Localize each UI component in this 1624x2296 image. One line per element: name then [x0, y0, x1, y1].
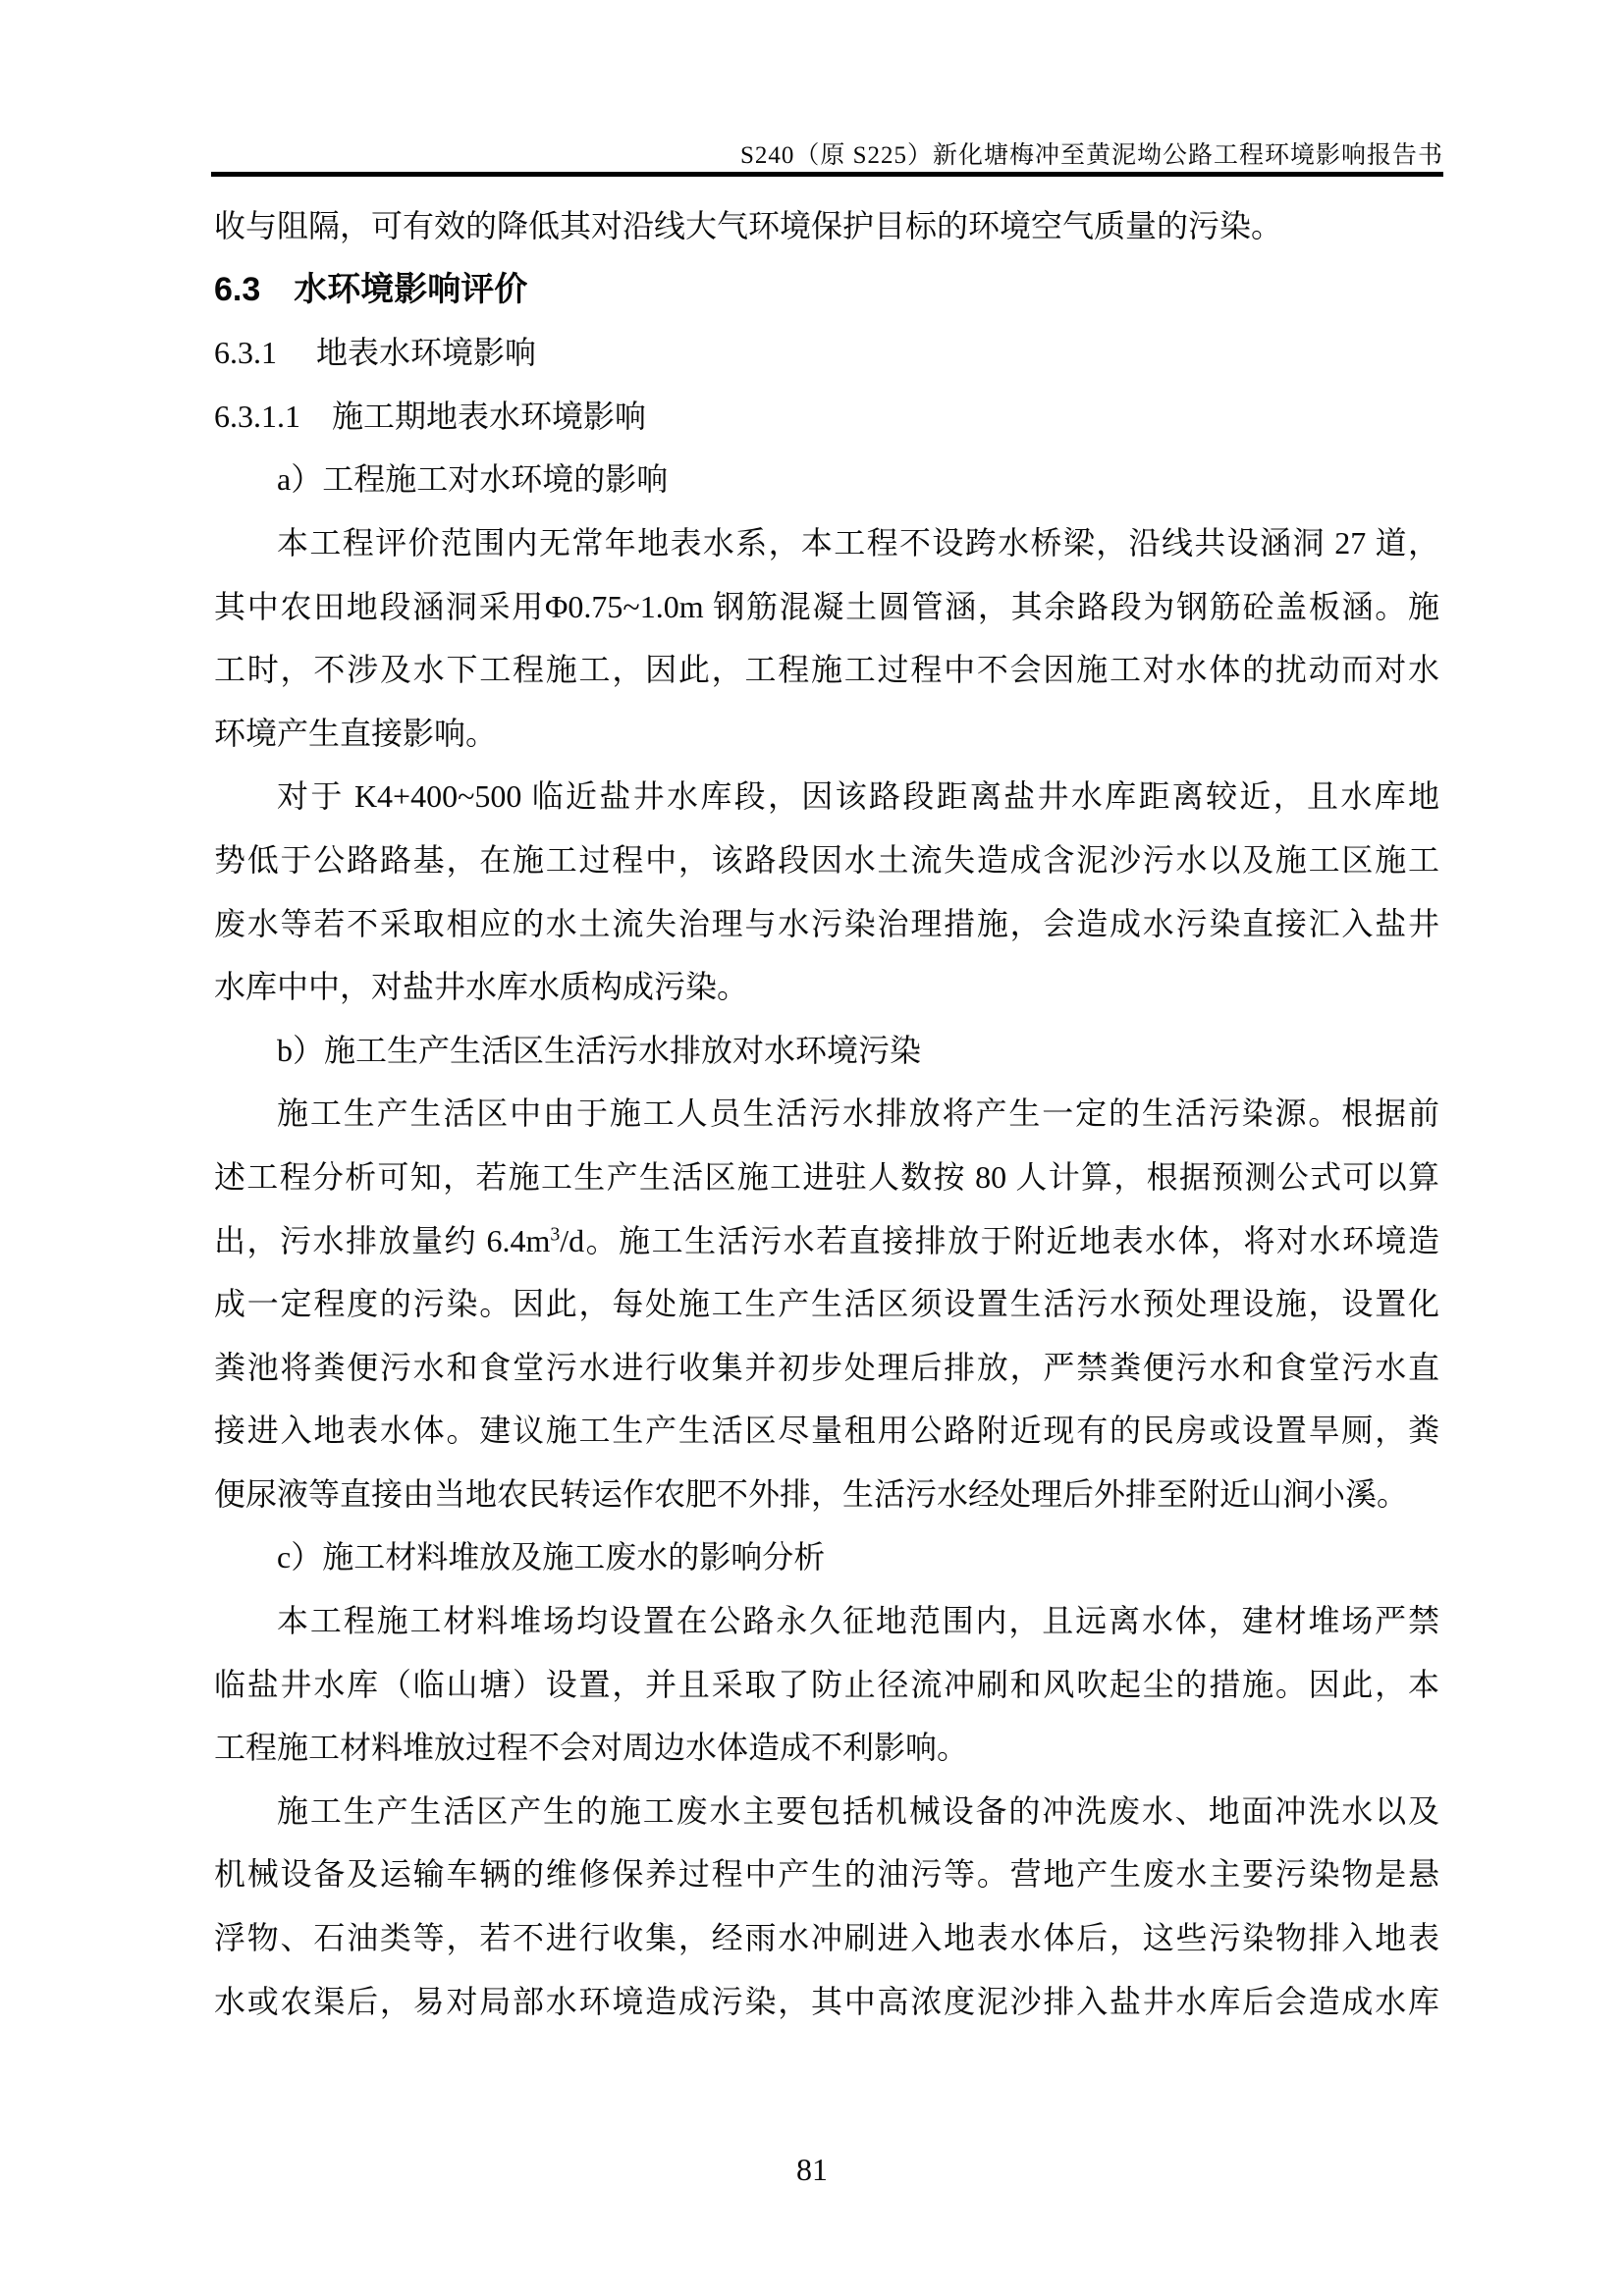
document-page: S240（原 S225）新化塘梅冲至黄泥坳公路工程环境影响报告书 收与阻隔，可有…	[0, 0, 1624, 2296]
text-line: 势低于公路路基，在施工过程中，该路段因水土流失造成含泥沙污水以及施工区施工	[214, 828, 1439, 892]
text-line: 临盐井水库（临山塘）设置，并且采取了防止径流冲刷和风吹起尘的措施。因此，本	[214, 1653, 1439, 1717]
text-line: 对于 K4+400~500 临近盐井水库段，因该路段距离盐井水库距离较近，且水库…	[214, 765, 1439, 828]
text-line: 收与阻隔，可有效的降低其对沿线大气环境保护目标的环境空气质量的污染。	[214, 194, 1439, 258]
section-heading-6-3-1-1: 6.3.1.1 施工期地表水环境影响	[214, 385, 1439, 449]
text-line: 便尿液等直接由当地农民转运作农肥不外排，生活污水经处理后外排至附近山涧小溪。	[214, 1463, 1439, 1526]
list-item-c-heading: c）施工材料堆放及施工废水的影响分析	[214, 1525, 1439, 1589]
text-line: 机械设备及运输车辆的维修保养过程中产生的油污等。营地产生废水主要污染物是悬	[214, 1842, 1439, 1906]
text-line: 水或农渠后，易对局部水环境造成污染，其中高浓度泥沙排入盐井水库后会造成水库	[214, 1970, 1439, 2034]
page-number: 81	[796, 2152, 828, 2187]
text-line: 工时，不涉及水下工程施工，因此，工程施工过程中不会因施工对水体的扰动而对水	[214, 638, 1439, 702]
section-heading-6-3-1: 6.3.1 地表水环境影响	[214, 321, 1439, 385]
superscript-3: 3	[550, 1223, 560, 1245]
page-footer: 81	[0, 2152, 1624, 2188]
text-segment: 出，污水排放量约 6.4m	[214, 1223, 550, 1258]
text-line: 废水等若不采取相应的水土流失治理与水污染治理措施，会造成水污染直接汇入盐井	[214, 892, 1439, 956]
document-body: 收与阻隔，可有效的降低其对沿线大气环境保护目标的环境空气质量的污染。 6.3 水…	[214, 194, 1439, 2033]
header-title: S240（原 S225）新化塘梅冲至黄泥坳公路工程环境影响报告书	[740, 135, 1443, 171]
text-line: 环境产生直接影响。	[214, 702, 1439, 766]
text-line: 成一定程度的污染。因此，每处施工生产生活区须设置生活污水预处理设施，设置化	[214, 1272, 1439, 1336]
section-heading-6-3: 6.3 水环境影响评价	[214, 258, 1439, 322]
text-line: 本工程评价范围内无常年地表水系，本工程不设跨水桥梁，沿线共设涵洞 27 道，	[214, 511, 1439, 575]
text-line: 出，污水排放量约 6.4m3/d。施工生活污水若直接排放于附近地表水体，将对水环…	[214, 1209, 1439, 1273]
text-line: 本工程施工材料堆场均设置在公路永久征地范围内，且远离水体，建材堆场严禁	[214, 1589, 1439, 1653]
text-line: 接进入地表水体。建议施工生产生活区尽量租用公路附近现有的民房或设置旱厕，粪	[214, 1399, 1439, 1463]
text-line: 其中农田地段涵洞采用Φ0.75~1.0m 钢筋混凝土圆管涵，其余路段为钢筋砼盖板…	[214, 575, 1439, 639]
text-segment: /d。施工生活污水若直接排放于附近地表水体，将对水环境造	[560, 1223, 1439, 1258]
list-item-a-heading: a）工程施工对水环境的影响	[214, 448, 1439, 511]
text-line: 述工程分析可知，若施工生产生活区施工进驻人数按 80 人计算，根据预测公式可以算	[214, 1146, 1439, 1209]
list-item-b-heading: b）施工生产生活区生活污水排放对水环境污染	[214, 1019, 1439, 1083]
header-rule	[211, 172, 1443, 177]
text-line: 施工生产生活区产生的施工废水主要包括机械设备的冲洗废水、地面冲洗水以及	[214, 1780, 1439, 1843]
text-line: 施工生产生活区中由于施工人员生活污水排放将产生一定的生活污染源。根据前	[214, 1082, 1439, 1146]
text-line: 粪池将粪便污水和食堂污水进行收集并初步处理后排放，严禁粪便污水和食堂污水直	[214, 1336, 1439, 1400]
text-line: 水库中中，对盐井水库水质构成污染。	[214, 955, 1439, 1019]
text-line: 工程施工材料堆放过程不会对周边水体造成不利影响。	[214, 1716, 1439, 1780]
text-line: 浮物、石油类等，若不进行收集，经雨水冲刷进入地表水体后，这些污染物排入地表	[214, 1906, 1439, 1970]
